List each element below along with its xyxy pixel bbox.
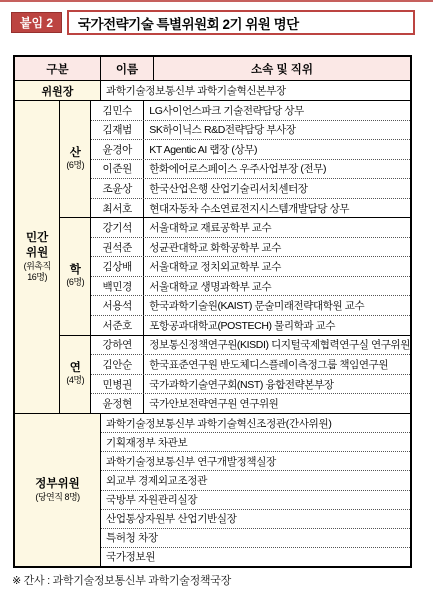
- table-row: 윤정현 국가안보전략연구원 연구위원: [91, 393, 410, 413]
- member-affiliation: 국가과학기술연구회(NST) 융합전략본부장: [144, 375, 410, 394]
- group-industry-tag: 산 (6명): [60, 101, 91, 217]
- member-affiliation: LG사이언스파크 기술전략담당 상무: [144, 101, 410, 120]
- government-members-block: 정부위원 (당연직 8명) 과학기술정보통신부 과학기술혁신조정관(간사위원) …: [15, 413, 410, 566]
- private-groups: 산 (6명) 김민수 LG사이언스파크 기술전략담당 상무 김재범 SK하이닉스…: [60, 101, 410, 413]
- table-row: 윤경아 KT Agentic AI 랩장 (상무): [91, 139, 410, 159]
- table-row: 백민경 서울대학교 생명과학부 교수: [91, 276, 410, 296]
- group-industry: 산 (6명) 김민수 LG사이언스파크 기술전략담당 상무 김재범 SK하이닉스…: [60, 101, 410, 217]
- table-row: 최서호 현대자동차 수소연료전지시스템개발담당 상무: [91, 198, 410, 218]
- member-affiliation: 성균관대학교 화학공학부 교수: [144, 238, 410, 257]
- table-row: 국가정보원: [101, 547, 410, 566]
- committee-table: 구분 이름 소속 및 직위 위원장 과학기술정보통신부 과학기술혁신본부장 민간…: [13, 55, 412, 568]
- member-name: 김민수: [91, 101, 144, 120]
- table-row: 기획재정부 차관보: [101, 432, 410, 451]
- group-academia: 학 (6명) 강기석 서울대학교 재료공학부 교수 권석준 성균관대학교 화학공…: [60, 217, 410, 334]
- member-affiliation: 국가안보전략연구원 연구위원: [144, 394, 410, 413]
- header-category: 구분: [15, 57, 101, 80]
- table-row: 외교부 경제외교조정관: [101, 470, 410, 489]
- member-affiliation: 정보통신정책연구원(KISDI) 디지털국제협력연구실 연구위원: [144, 336, 410, 355]
- table-row: 김재범 SK하이닉스 R&D전략담당 부사장: [91, 120, 410, 140]
- table-row: 민병권 국가과학기술연구회(NST) 융합전략본부장: [91, 374, 410, 394]
- member-affiliation: 현대자동차 수소연료전지시스템개발담당 상무: [144, 199, 410, 218]
- member-affiliation: 서울대학교 정치외교학부 교수: [144, 257, 410, 276]
- table-row: 서준호 포항공과대학교(POSTECH) 물리학과 교수: [91, 315, 410, 335]
- member-name: 최서호: [91, 199, 144, 218]
- table-row: 산업통상자원부 산업기반실장: [101, 509, 410, 528]
- member-affiliation: 서울대학교 생명과학부 교수: [144, 277, 410, 296]
- table-row: 조윤상 한국산업은행 산업기술리서치센터장: [91, 178, 410, 198]
- member-name: 권석준: [91, 238, 144, 257]
- page-title: 국가전략기술 특별위원회 2기 위원 명단: [67, 10, 415, 35]
- chair-label: 위원장: [15, 81, 101, 100]
- member-name: 강기석: [91, 218, 144, 237]
- member-affiliation: KT Agentic AI 랩장 (상무): [144, 140, 410, 159]
- member-name: 백민경: [91, 277, 144, 296]
- table-row: 김상배 서울대학교 정치외교학부 교수: [91, 256, 410, 276]
- header-affiliation: 소속 및 직위: [154, 57, 410, 80]
- secretary-footnote: ※ 간사 : 과학기술정보통신부 과학기술정책국장: [12, 572, 231, 588]
- member-name: 이준원: [91, 160, 144, 179]
- table-row: 과학기술정보통신부 연구개발정책실장: [101, 451, 410, 470]
- table-row: 서용석 한국과학기술원(KAIST) 문술미래전략대학원 교수: [91, 295, 410, 315]
- group-academia-tag: 학 (6명): [60, 218, 91, 334]
- private-members-block: 민간 위원 (위촉직 16명) 산 (6명) 김민수 LG사이언스파크 기술전략…: [15, 101, 410, 413]
- member-affiliation: SK하이닉스 R&D전략담당 부사장: [144, 121, 410, 140]
- member-affiliation: 한국산업은행 산업기술리서치센터장: [144, 179, 410, 198]
- table-row: 국방부 자원관리실장: [101, 490, 410, 509]
- member-name: 서용석: [91, 296, 144, 315]
- table-row: 강기석 서울대학교 재료공학부 교수: [91, 218, 410, 237]
- attachment-badge: 붙임 2: [11, 12, 62, 33]
- table-header-row: 구분 이름 소속 및 직위: [15, 57, 410, 81]
- member-name: 서준호: [91, 316, 144, 335]
- member-affiliation: 한화에어로스페이스 우주사업부장 (전무): [144, 160, 410, 179]
- member-affiliation: 서울대학교 재료공학부 교수: [144, 218, 410, 237]
- table-row: 특허청 차장: [101, 528, 410, 547]
- member-name: 윤경아: [91, 140, 144, 159]
- member-affiliation: 한국표준연구원 반도체디스플레이측정그룹 책임연구원: [144, 355, 410, 374]
- group-research-tag: 연 (4명): [60, 336, 91, 414]
- member-name: 강하연: [91, 336, 144, 355]
- chair-affiliation: 과학기술정보통신부 과학기술혁신본부장: [101, 81, 410, 100]
- table-row: 과학기술정보통신부 과학기술혁신조정관(간사위원): [101, 414, 410, 432]
- table-row: 이준원 한화에어로스페이스 우주사업부장 (전무): [91, 159, 410, 179]
- member-name: 윤정현: [91, 394, 144, 413]
- government-members-label: 정부위원 (당연직 8명): [15, 414, 101, 566]
- member-name: 김안순: [91, 355, 144, 374]
- member-name: 조윤상: [91, 179, 144, 198]
- chair-row: 위원장 과학기술정보통신부 과학기술혁신본부장: [15, 81, 410, 101]
- table-row: 김안순 한국표준연구원 반도체디스플레이측정그룹 책임연구원: [91, 354, 410, 374]
- member-affiliation: 한국과학기술원(KAIST) 문술미래전략대학원 교수: [144, 296, 410, 315]
- header-name: 이름: [101, 57, 154, 80]
- member-name: 민병권: [91, 375, 144, 394]
- member-name: 김상배: [91, 257, 144, 276]
- group-research: 연 (4명) 강하연 정보통신정책연구원(KISDI) 디지털국제협력연구실 연…: [60, 335, 410, 414]
- table-row: 김민수 LG사이언스파크 기술전략담당 상무: [91, 101, 410, 120]
- member-name: 김재범: [91, 121, 144, 140]
- table-row: 권석준 성균관대학교 화학공학부 교수: [91, 237, 410, 257]
- private-members-label: 민간 위원 (위촉직 16명): [15, 101, 60, 413]
- table-row: 강하연 정보통신정책연구원(KISDI) 디지털국제협력연구실 연구위원: [91, 336, 410, 355]
- top-accent-line: [0, 0, 433, 2]
- member-affiliation: 포항공과대학교(POSTECH) 물리학과 교수: [144, 316, 410, 335]
